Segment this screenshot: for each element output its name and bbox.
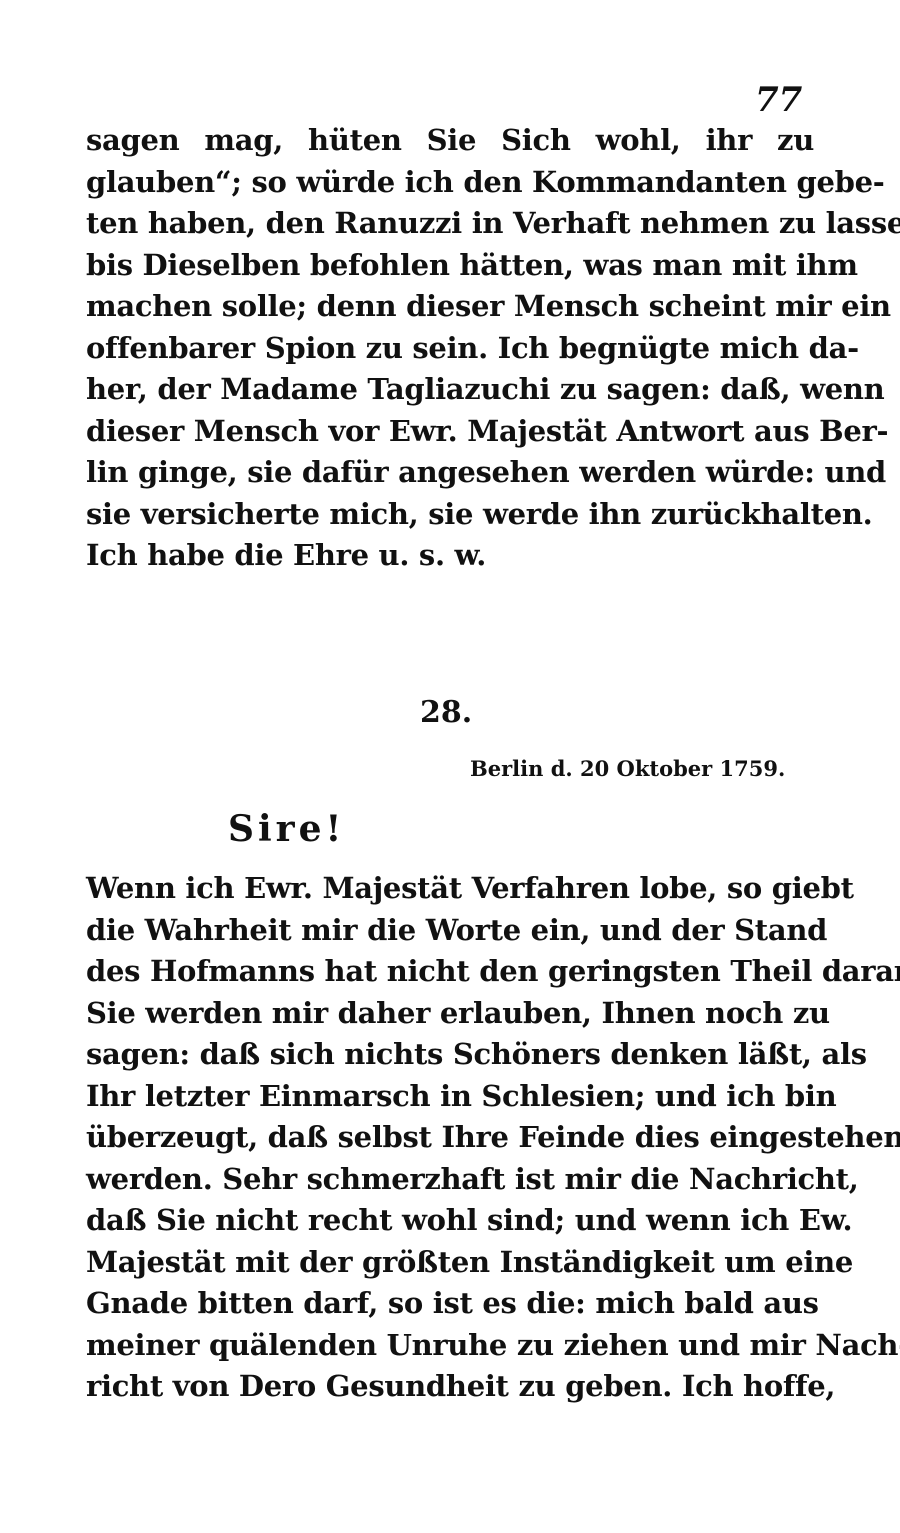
book-page: 77 sagen mag, hüten Sie Sich wohl, ihr z… [0, 0, 900, 1533]
text-line: dieser Mensch vor Ewr. Majestät Antwort … [86, 411, 814, 453]
text-line: sagen mag, hüten Sie Sich wohl, ihr zu [86, 120, 814, 162]
letter-salutation: Sire! [228, 808, 345, 850]
text-line: die Wahrheit mir die Worte ein, und der … [86, 910, 814, 952]
text-line: glauben“; so würde ich den Kommandanten … [86, 162, 814, 204]
text-line: Sie werden mir daher erlauben, Ihnen noc… [86, 993, 814, 1035]
text-line: Majestät mit der größten Inständigkeit u… [86, 1242, 814, 1284]
text-line: bis Dieselben befohlen hätten, was man m… [86, 245, 814, 287]
text-line: lin ginge, sie dafür angesehen werden wü… [86, 452, 814, 494]
text-line: machen solle; denn dieser Mensch scheint… [86, 286, 814, 328]
text-line: richt von Dero Gesundheit zu geben. Ich … [86, 1366, 814, 1408]
text-line: werden. Sehr schmerzhaft ist mir die Nac… [86, 1159, 814, 1201]
text-line: des Hofmanns hat nicht den geringsten Th… [86, 951, 814, 993]
text-line: überzeugt, daß selbst Ihre Feinde dies e… [86, 1117, 814, 1159]
text-line: ten haben, den Ranuzzi in Verhaft nehmen… [86, 203, 814, 245]
text-line: sagen: daß sich nichts Schöners denken l… [86, 1034, 814, 1076]
letter-number: 28. [420, 695, 472, 730]
closing-line: Ich habe die Ehre u. s. w. [86, 535, 814, 577]
letter-dateline: Berlin d. 20 Oktober 1759. [470, 756, 785, 781]
text-line: Wenn ich Ewr. Majestät Verfahren lobe, s… [86, 868, 814, 910]
text-line: sie versicherte mich, sie werde ihn zurü… [86, 494, 814, 536]
letter-body: Wenn ich Ewr. Majestät Verfahren lobe, s… [86, 868, 814, 1408]
continuation-paragraph: sagen mag, hüten Sie Sich wohl, ihr zu g… [86, 120, 814, 577]
text-line: meiner quälenden Unruhe zu ziehen und mi… [86, 1325, 814, 1367]
text-line: daß Sie nicht recht wohl sind; und wenn … [86, 1200, 814, 1242]
text-line: Ihr letzter Einmarsch in Schlesien; und … [86, 1076, 814, 1118]
text-line: her, der Madame Tagliazuchi zu sagen: da… [86, 369, 814, 411]
text-line: Gnade bitten darf, so ist es die: mich b… [86, 1283, 814, 1325]
text-line: offenbarer Spion zu sein. Ich begnügte m… [86, 328, 814, 370]
page-number: 77 [755, 80, 802, 120]
